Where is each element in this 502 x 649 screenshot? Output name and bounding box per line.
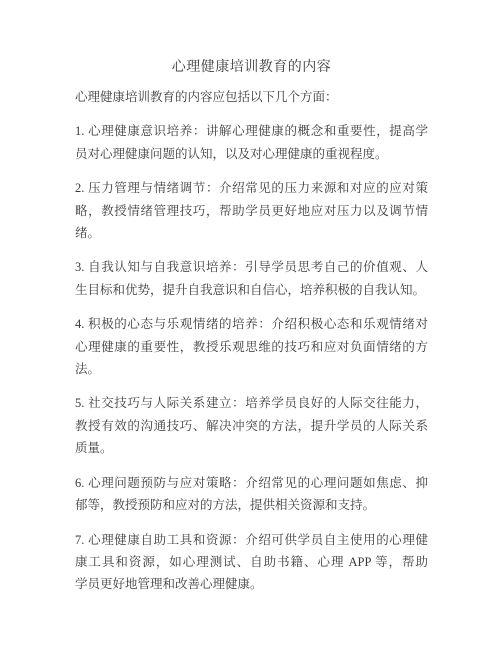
text-line: 法。 — [75, 358, 428, 380]
text-line: 3. 自我认知与自我意识培养：引导学员思考自己的价值观、人 — [75, 256, 428, 278]
document-page: 心理健康培训教育的内容 心理健康培训教育的内容应包括以下几个方面： 1. 心理健… — [0, 0, 502, 649]
paragraph: 6. 心理问题预防与应对策略：介绍常见的心理问题如焦虑、抑郁等，教授预防和应对的… — [75, 472, 428, 517]
text-line: 心理健康的重要性，教授乐观思维的技巧和应对负面情绪的方 — [75, 336, 428, 358]
paragraph: 2. 压力管理与情绪调节：介绍常见的压力来源和对应的应对策略，教授情绪管理技巧，… — [75, 177, 428, 244]
text-line: 2. 压力管理与情绪调节：介绍常见的压力来源和对应的应对策 — [75, 177, 428, 199]
text-line: 生目标和优势，提升自我意识和自信心，培养积极的自我认知。 — [75, 279, 428, 301]
paragraph: 3. 自我认知与自我意识培养：引导学员思考自己的价值观、人生目标和优势，提升自我… — [75, 256, 428, 301]
document-title: 心理健康培训教育的内容 — [75, 56, 428, 80]
paragraph: 7. 心理健康自助工具和资源：介绍可供学员自主使用的心理健康工具和资源，如心理测… — [75, 529, 428, 596]
text-line: 7. 心理健康自助工具和资源：介绍可供学员自主使用的心理健 — [75, 529, 428, 551]
paragraph: 5. 社交技巧与人际关系建立：培养学员良好的人际交往能力，教授有效的沟通技巧、解… — [75, 392, 428, 459]
text-line: 1. 心理健康意识培养：讲解心理健康的概念和重要性，提高学 — [75, 120, 428, 142]
text-line: 康工具和资源，如心理测试、自助书籍、心理 APP 等，帮助 — [75, 551, 428, 573]
intro-paragraph: 心理健康培训教育的内容应包括以下几个方面： — [75, 86, 428, 108]
paragraph: 1. 心理健康意识培养：讲解心理健康的概念和重要性，提高学员对心理健康问题的认知… — [75, 120, 428, 165]
text-line: 6. 心理问题预防与应对策略：介绍常见的心理问题如焦虑、抑 — [75, 472, 428, 494]
text-line: 5. 社交技巧与人际关系建立：培养学员良好的人际交往能力， — [75, 392, 428, 414]
text-line: 4. 积极的心态与乐观情绪的培养：介绍积极心态和乐观情绪对 — [75, 313, 428, 335]
paragraph-list: 1. 心理健康意识培养：讲解心理健康的概念和重要性，提高学员对心理健康问题的认知… — [75, 120, 428, 595]
text-line: 绪。 — [75, 222, 428, 244]
text-line: 略，教授情绪管理技巧，帮助学员更好地应对压力以及调节情 — [75, 200, 428, 222]
text-line: 员对心理健康问题的认知，以及对心理健康的重视程度。 — [75, 143, 428, 165]
text-line: 郁等，教授预防和应对的方法，提供相关资源和支持。 — [75, 494, 428, 516]
text-line: 学员更好地管理和改善心理健康。 — [75, 573, 428, 595]
paragraph: 4. 积极的心态与乐观情绪的培养：介绍积极心态和乐观情绪对心理健康的重要性，教授… — [75, 313, 428, 380]
text-line: 质量。 — [75, 437, 428, 459]
text-line: 教授有效的沟通技巧、解决冲突的方法，提升学员的人际关系 — [75, 415, 428, 437]
document-content: 心理健康培训教育的内容 心理健康培训教育的内容应包括以下几个方面： 1. 心理健… — [75, 56, 428, 608]
